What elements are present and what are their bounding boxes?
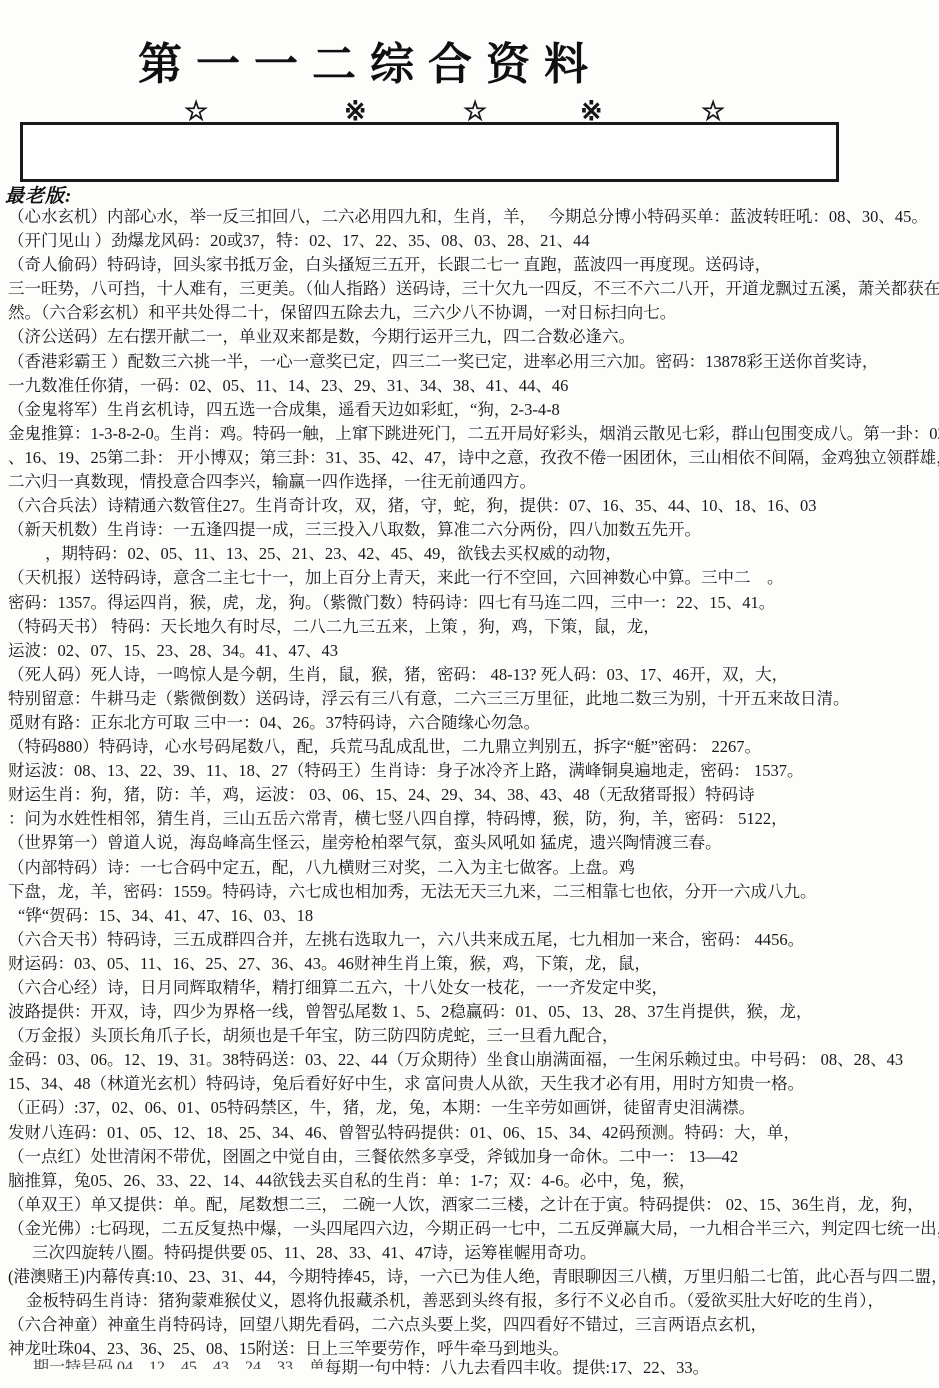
text-line: （香港彩霸王 ）配数三六挑一半，一心一意奖已定，四三二一奖已定，进率必用三六加。… xyxy=(8,350,939,374)
text-line: 脑推算，兔05、26、33、22、14、44欲钱去买自私的生肖：单：1-7；双：… xyxy=(8,1169,939,1193)
footer-line: 每期一句中特：八九去看四丰收。提供:17、22、33。 xyxy=(325,1354,709,1378)
text-line: 金板特码生肖诗：猪狗蒙难猴仗义，恩将仇报藏杀机，善恶到头终有报，多行不义必自币。… xyxy=(26,1289,939,1313)
text-line: 金鬼推算：1-3-8-2-0。生肖：鸡。特码一触，上窜下跳进死门，二五开局好彩头… xyxy=(8,422,939,446)
text-line: （六合心经）诗，日月同辉取精华，精打细算二五六，十八处女一枝花，一一齐发定中奖， xyxy=(8,976,939,1000)
text-line: 三一旺势，八可挡，十人难有，三更美。（仙人指路）送码诗，三十欠九一四反，不三不六… xyxy=(8,277,939,301)
text-line: （六合神童）神童生肖特码诗，回望八期先看码，二六点头要上奖，四四看好不错过，三言… xyxy=(8,1313,939,1337)
text-line: （济公送码）左右摆开献二一，单业双来都是数，今期行运开三九，四二合数必逢六。 xyxy=(8,325,939,349)
text-line: （心水玄机）内部心水，举一反三扣回八，二六必用四九和，生肖，羊， 今期总分博小特… xyxy=(8,205,939,229)
text-line: 15、34、48（林道光玄机）特码诗，兔后看好好中生，求 富问贵人从欲，天生我才… xyxy=(8,1072,939,1096)
text-line: （死人码）死人诗，一鸣惊人是今朝，生肖，鼠，猴，猪，密码： 48-13? 死人码… xyxy=(8,663,939,687)
text-line: 发财八连码：01、05、12、18、25、34、46、曾智弘特码提供：01、06… xyxy=(8,1121,939,1145)
text-line: （奇人偷码）特码诗，回头家书抵万金，白头搔短三五开，长跟二七一 直跑，蓝波四一再… xyxy=(8,253,939,277)
text-line: （新天机数）生肖诗：一五逢四提一成，三三投入八取数，算准二六分两份，四八加数五先… xyxy=(8,518,939,542)
text-line: 下盘，龙，羊，密码：1559。特码诗，六七成也相加秀，无法无天三九来，二三相靠七… xyxy=(8,880,939,904)
truncated-line-fragment: 期一特号码 04、12、45、43、24、33、单 ‥ xyxy=(33,1359,325,1369)
text-line: 然。（六合彩玄机）和平共处得二十，保留四五除去九，三六少八不协调，一对日标扫向七… xyxy=(8,301,939,325)
text-line: 波路提供：开双，诗，四少为界格一线，曾智弘尾数 1、5、2稳赢码：01、05、1… xyxy=(8,1000,939,1024)
text-line: ，期特码：02、05、11、13、25、21、23、42、45、49，欲钱去买权… xyxy=(45,542,939,566)
text-line: （天机报）送特码诗，意含二主七十一，加上百分上青天，来此一行不空回，六回神数心中… xyxy=(8,566,939,590)
text-line: 财运码：03、05、11、16、25、27、36、43。46财神生肖上策，猴，鸡… xyxy=(8,952,939,976)
text-line: 运波：02、07、15、23、28、34。41、47、43 xyxy=(8,639,939,663)
text-line: （特码880）特码诗，心水号码尾数八，配，兵荒马乱成乱世，二九鼎立判别五，拆字“… xyxy=(8,735,939,759)
text-line: （世界第一）曾道人说，海岛峰高生怪云，崖旁枪柏翠气氛，蛮头风吼如 猛虎，遗兴陶情… xyxy=(8,831,939,855)
star-icon: ☆ xyxy=(701,98,725,125)
text-line: （单双王）单又提供：单。配，尾数想二三， 二碗一人饮，酒家二三楼，之计在于寅。特… xyxy=(8,1193,939,1217)
text-line: 密码：1357。得运四肖，猴，虎，龙，狗。（紫微门数）特码诗：四七有马连二四，三… xyxy=(8,591,939,615)
section-label: 最老版: xyxy=(5,181,72,208)
text-line: 三次四旋转八圈。特码提供要 05、11、28、33、41、47诗，运筹崔幄用奇功… xyxy=(32,1241,939,1265)
reference-mark-icon: ※ xyxy=(344,98,367,125)
text-line: 金码：03、06。12、19、31。38特码送：03、22、44（万众期待）坐食… xyxy=(8,1048,939,1072)
page-title: 第一一二综合资料 xyxy=(138,28,602,92)
star-icon: ☆ xyxy=(184,98,208,125)
reference-mark-icon: ※ xyxy=(580,98,603,125)
header-box xyxy=(20,122,839,182)
text-line: 财运波：08、13、22、39、11、18、27（特码王）生肖诗：身子冰冷齐上路… xyxy=(8,759,939,783)
text-line: ：问为水姓性相邻，猜生肖，三山五岳六常青，横七竖八四自撑，特码博，猴，防，狗，羊… xyxy=(8,807,939,831)
text-line: （正码）:37，02、06、01、05特码禁区，牛，猪，龙，兔，本期：一生辛劳如… xyxy=(8,1096,939,1120)
body-text: （心水玄机）内部心水，举一反三扣回八，二六必用四九和，生肖，羊， 今期总分博小特… xyxy=(0,205,939,1362)
text-line: “铧“贺码：15、34、41、47、16、03、18 xyxy=(18,904,939,928)
text-line: 一九数准任你猜，一码：02、05、11、14、23、29、31、34、38、41… xyxy=(8,374,939,398)
text-line: （六合天书）特码诗，三五成群四合并，左挑右选取九一，六八共来成五尾，七九相加一来… xyxy=(8,928,939,952)
text-line: （万金报）头顶长角爪子长，胡须也是千年宝，防三防四防虎蛇，三一旦看九配合， xyxy=(8,1024,939,1048)
text-line: 二六归一真数现，情投意合四李兴，输赢一四作选择，一往无前通四方。 xyxy=(8,470,939,494)
text-line: （六合兵法）诗精通六数管住27。生肖奇计攻，双，猪，守，蛇，狗，提供：07、16… xyxy=(8,494,939,518)
document-page: 第一一二综合资料 ☆※☆※☆ 最老版: （心水玄机）内部心水，举一反三扣回八，二… xyxy=(0,0,939,1388)
text-line: （开门见山 ）劲爆龙风码：20或37，特：02、17、22、35、08、03、2… xyxy=(8,229,939,253)
star-icon: ☆ xyxy=(463,98,487,125)
text-line: （金光佛）:七码现，二五反复热中爆，一头四尾四六边，今期正码一七中，二五反弹赢大… xyxy=(8,1217,939,1241)
text-line: （特码天书） 特码：天长地久有时尽，二八二九三五来，上策 ，狗，鸡，下策，鼠，龙… xyxy=(8,615,939,639)
text-line: (港澳赌王)内幕传真:10、23、31、44，今期特捧45，诗，一六已为佳人绝，… xyxy=(8,1265,939,1289)
text-line: （一点红）处世清闲不带优，囹圄之中觉自由，三餐依然多享受，斧钺加身一命休。二中一… xyxy=(8,1145,939,1169)
text-line: 、16、19、25第二卦： 开小博双；第三卦：31、35、42、47，诗中之意，… xyxy=(8,446,939,470)
text-line: 特别留意：牛耕马走（紫微倒数）送码诗，浮云有三八有意，二六三三万里征，此地二数三… xyxy=(8,687,939,711)
text-line: （金鬼将军）生肖玄机诗，四五选一合成集，遥看天边如彩虹，“狗，2-3-4-8 xyxy=(8,398,939,422)
text-line: 觅财有路：正东北方可取 三中一：04、26。37特码诗，六合随缘心勿急。 xyxy=(8,711,939,735)
text-line: 财运生肖：狗，猪，防：羊，鸡，运波： 03、06、15、24、29、34、38、… xyxy=(8,783,939,807)
text-line: （内部特码）诗：一七合码中定五，配，八九横财三对奖，二入为主七做客。上盘。鸡 xyxy=(8,856,939,880)
